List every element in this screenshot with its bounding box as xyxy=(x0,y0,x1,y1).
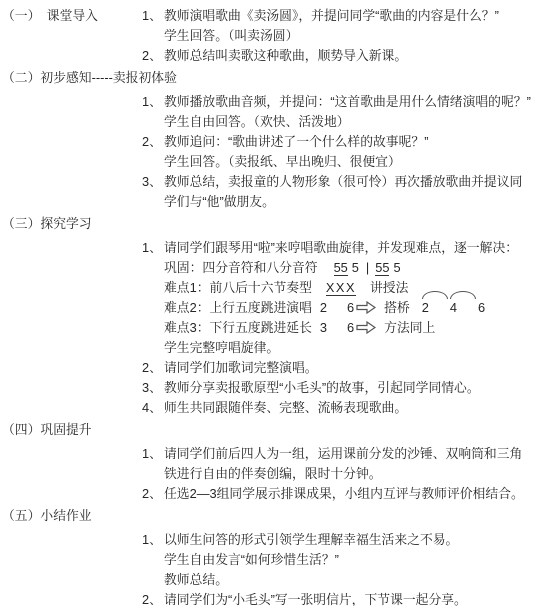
item-number: 2、 xyxy=(142,358,164,378)
teaching-method: 讲授法 xyxy=(370,280,408,295)
notation-label: 难点1：前八后十六节奏型 xyxy=(164,280,312,295)
note-value: 3 xyxy=(320,320,327,335)
text-line: 教师总结，卖报童的人物形象（很可怜）再次播放歌曲并提议同 xyxy=(164,172,533,192)
text-line: 师生共同跟随伴奏、完整、流畅表现歌曲。 xyxy=(164,398,533,418)
note-value: 6 xyxy=(347,320,354,335)
list-item: 3、 教师分享卖报歌原型“小毛头”的故事，引起同学同情心。 xyxy=(142,378,533,398)
text-line: 学生回答。（卖报纸、早出晚归、很便宜） xyxy=(164,152,533,172)
text-line: 教师追问：“歌曲讲述了一个什么样的故事呢？” xyxy=(164,132,533,152)
text-line: 以师生问答的形式引领学生理解幸福生活来之不易。 xyxy=(164,530,533,550)
eighth-note-pair: 55 xyxy=(334,260,348,276)
list-item: 1、 教师演唱歌曲《卖汤圆》，并提问同学“歌曲的内容是什么？” 学生回答。（叫卖… xyxy=(142,6,533,46)
text-line: 教师演唱歌曲《卖汤圆》，并提问同学“歌曲的内容是什么？” xyxy=(164,6,533,26)
barline: | xyxy=(366,258,369,278)
heading-inquiry-learning: （三）探究学习 xyxy=(2,214,533,234)
section-summary-homework: （五）小结作业 1、 以师生问答的形式引领学生理解幸福生活来之不易。 学生自由发… xyxy=(2,506,533,606)
text-line: 请同学们前后四人为一组，运用课前分发的沙锤、双响筒和三角 xyxy=(164,444,533,464)
text-line: 教师播放歌曲音频，并提问：“这首歌曲是用什么情绪演唱的呢？” xyxy=(164,92,533,112)
text-line: 铁进行自由的伴奏创编，限时十分钟。 xyxy=(164,464,533,484)
heading-consolidate-improve: （四）巩固提升 xyxy=(2,420,533,440)
eighth-note-pair: 55 xyxy=(375,260,389,276)
item-number: 2、 xyxy=(142,46,164,66)
item-number: 1、 xyxy=(142,530,164,590)
notation-line-difficulty2: 难点2：上行五度跳进演唱26搭桥246 xyxy=(164,298,533,318)
text-line: 教师总结叫卖歌这种歌曲，顺势导入新课。 xyxy=(164,46,533,66)
item-number: 3、 xyxy=(142,172,164,212)
list-item: 1、 请同学们跟琴用“啦”来哼唱歌曲旋律，并发现难点，逐一解决： 巩固：四分音符… xyxy=(142,238,533,358)
list-item: 2、 请同学们加歌词完整演唱。 xyxy=(142,358,533,378)
item-number: 3、 xyxy=(142,378,164,398)
notation-line-consolidate: 巩固：四分音符和八分音符555|555 xyxy=(164,258,533,278)
teaching-method: 方法同上 xyxy=(384,320,435,335)
slur-arc-icon xyxy=(450,291,476,299)
note-value: 6 xyxy=(478,298,485,318)
text-line: 学生完整哼唱旋律。 xyxy=(164,338,533,358)
heading-classroom-lead-in: （一） 课堂导入 xyxy=(2,6,142,66)
text-line: 学生回答。（叫卖汤圆） xyxy=(164,26,533,46)
note-value: 2 xyxy=(320,300,327,315)
item-number: 1、 xyxy=(142,6,164,46)
list-item: 1、 以师生问答的形式引领学生理解幸福生活来之不易。 学生自由发言“如何珍惜生活… xyxy=(142,530,533,590)
text-line: 请同学们加歌词完整演唱。 xyxy=(164,358,533,378)
heading-summary-homework: （五）小结作业 xyxy=(2,506,533,526)
notation-line-difficulty1: 难点1：前八后十六节奏型XXX讲授法 xyxy=(164,278,533,298)
lesson-plan-document: （一） 课堂导入 1、 教师演唱歌曲《卖汤圆》，并提问同学“歌曲的内容是什么？”… xyxy=(0,0,533,606)
item-number: 2、 xyxy=(142,132,164,172)
list-item: 4、 师生共同跟随伴奏、完整、流畅表现歌曲。 xyxy=(142,398,533,418)
text-line: 学生自由回答。（欢快、活泼地） xyxy=(164,112,533,132)
item-number: 1、 xyxy=(142,238,164,358)
note-value: 4 xyxy=(450,298,457,318)
right-block-arrow-icon xyxy=(356,321,376,334)
text-line: 请同学们为“小毛头”写一张明信片，下节课一起分享。 xyxy=(164,590,533,606)
bridge-note-group: 246 xyxy=(422,298,485,318)
list-item: 2、 教师总结叫卖歌这种歌曲，顺势导入新课。 xyxy=(142,46,533,66)
item-number: 1、 xyxy=(142,444,164,484)
section-inquiry-learning: （三）探究学习 1、 请同学们跟琴用“啦”来哼唱歌曲旋律，并发现难点，逐一解决：… xyxy=(2,214,533,418)
text-line: 任选2—3组同学展示排课成果，小组内互评与教师评价相结合。 xyxy=(164,484,533,504)
slur-arc-icon xyxy=(422,291,448,299)
notation-label: 难点3：下行五度跳进延长 xyxy=(164,320,312,335)
rhythm-pattern: XXX xyxy=(326,280,356,296)
quarter-note: 5 xyxy=(393,260,400,275)
bridge-label: 搭桥 xyxy=(384,300,410,315)
list-item: 1、 教师播放歌曲音频，并提问：“这首歌曲是用什么情绪演唱的呢？” 学生自由回答… xyxy=(142,92,533,132)
section-classroom-lead-in: （一） 课堂导入 1、 教师演唱歌曲《卖汤圆》，并提问同学“歌曲的内容是什么？”… xyxy=(2,6,533,66)
item-number: 1、 xyxy=(142,92,164,132)
text-line: 教师分享卖报歌原型“小毛头”的故事，引起同学同情心。 xyxy=(164,378,533,398)
item-number: 4、 xyxy=(142,398,164,418)
quarter-note: 5 xyxy=(352,260,359,275)
item-number: 2、 xyxy=(142,484,164,504)
note-value: 2 xyxy=(422,298,429,318)
list-item: 2、 任选2—3组同学展示排课成果，小组内互评与教师评价相结合。 xyxy=(142,484,533,504)
list-item: 2、 请同学们为“小毛头”写一张明信片，下节课一起分享。 xyxy=(142,590,533,606)
section-initial-perception: （二）初步感知-----卖报初体验 1、 教师播放歌曲音频，并提问：“这首歌曲是… xyxy=(2,68,533,212)
right-block-arrow-icon xyxy=(356,301,376,314)
heading-initial-perception: （二）初步感知-----卖报初体验 xyxy=(2,68,533,88)
note-value: 6 xyxy=(347,300,354,315)
notation-line-difficulty3: 难点3：下行五度跳进延长36方法同上 xyxy=(164,318,533,338)
text-line: 学们与“他”做朋友。 xyxy=(164,192,533,212)
section-consolidate-improve: （四）巩固提升 1、 请同学们前后四人为一组，运用课前分发的沙锤、双响筒和三角 … xyxy=(2,420,533,504)
notation-label: 难点2：上行五度跳进演唱 xyxy=(164,300,312,315)
text-line: 学生自由发言“如何珍惜生活？” xyxy=(164,550,533,570)
text-line: 教师总结。 xyxy=(164,570,533,590)
notation-label: 巩固：四分音符和八分音符 xyxy=(164,260,318,275)
item-number: 2、 xyxy=(142,590,164,606)
list-item: 1、 请同学们前后四人为一组，运用课前分发的沙锤、双响筒和三角 铁进行自由的伴奏… xyxy=(142,444,533,484)
text-line: 请同学们跟琴用“啦”来哼唱歌曲旋律，并发现难点，逐一解决： xyxy=(164,238,533,258)
list-item: 3、 教师总结，卖报童的人物形象（很可怜）再次播放歌曲并提议同 学们与“他”做朋… xyxy=(142,172,533,212)
list-item: 2、 教师追问：“歌曲讲述了一个什么样的故事呢？” 学生回答。（卖报纸、早出晚归… xyxy=(142,132,533,172)
